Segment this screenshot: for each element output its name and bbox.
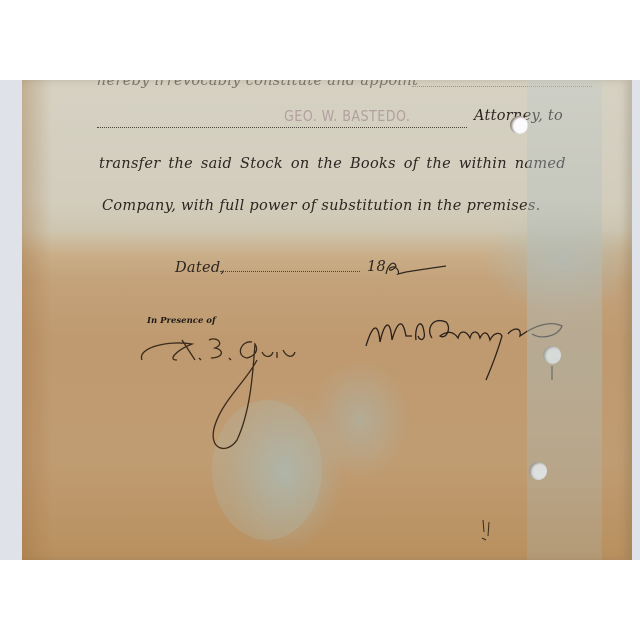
punch-hole [510, 116, 528, 134]
appoint-blank-rule [412, 86, 592, 87]
text-line-transfer: transfer the said Stock on the Books of … [99, 156, 566, 172]
punch-hole [529, 462, 547, 480]
paper-sheet: hereby irrevocably constitute and appoin… [22, 80, 632, 560]
text-line-company: Company, with full power of substitution… [102, 198, 541, 214]
ink-marks [480, 518, 494, 542]
text-line-appoint: hereby irrevocably constitute and appoin… [97, 80, 418, 89]
handwritten-year [382, 256, 462, 280]
ink-tick [549, 366, 555, 380]
dated-label: Dated, [175, 260, 225, 276]
witness-label: In Presence of [147, 316, 216, 326]
document-photo: hereby irrevocably constitute and appoin… [0, 80, 640, 560]
signer-signature: Wm. Kemmy Jr. [362, 306, 592, 386]
punch-hole [543, 346, 561, 364]
attorney-name-stamp: GEO. W. BASTEDO. [284, 107, 410, 125]
witness-signature: A. B. Guion [137, 330, 337, 460]
attorney-blank-rule [97, 127, 467, 128]
dated-blank-rule [220, 271, 360, 272]
